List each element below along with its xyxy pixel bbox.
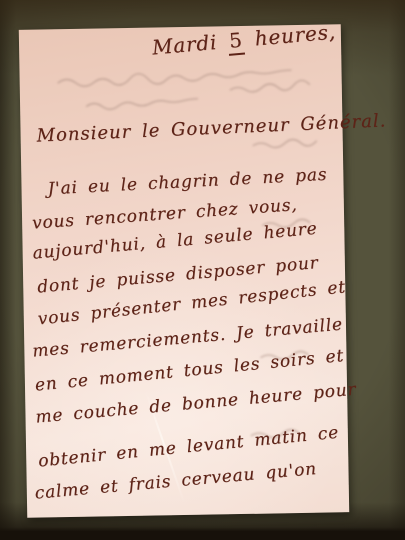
letter-photograph: Mardi 5 heures, Monsieur le Gouverneur G…	[0, 0, 405, 540]
letter-paper: Mardi 5 heures, Monsieur le Gouverneur G…	[19, 24, 349, 518]
dateline-hour-underlined: 5	[227, 28, 245, 56]
